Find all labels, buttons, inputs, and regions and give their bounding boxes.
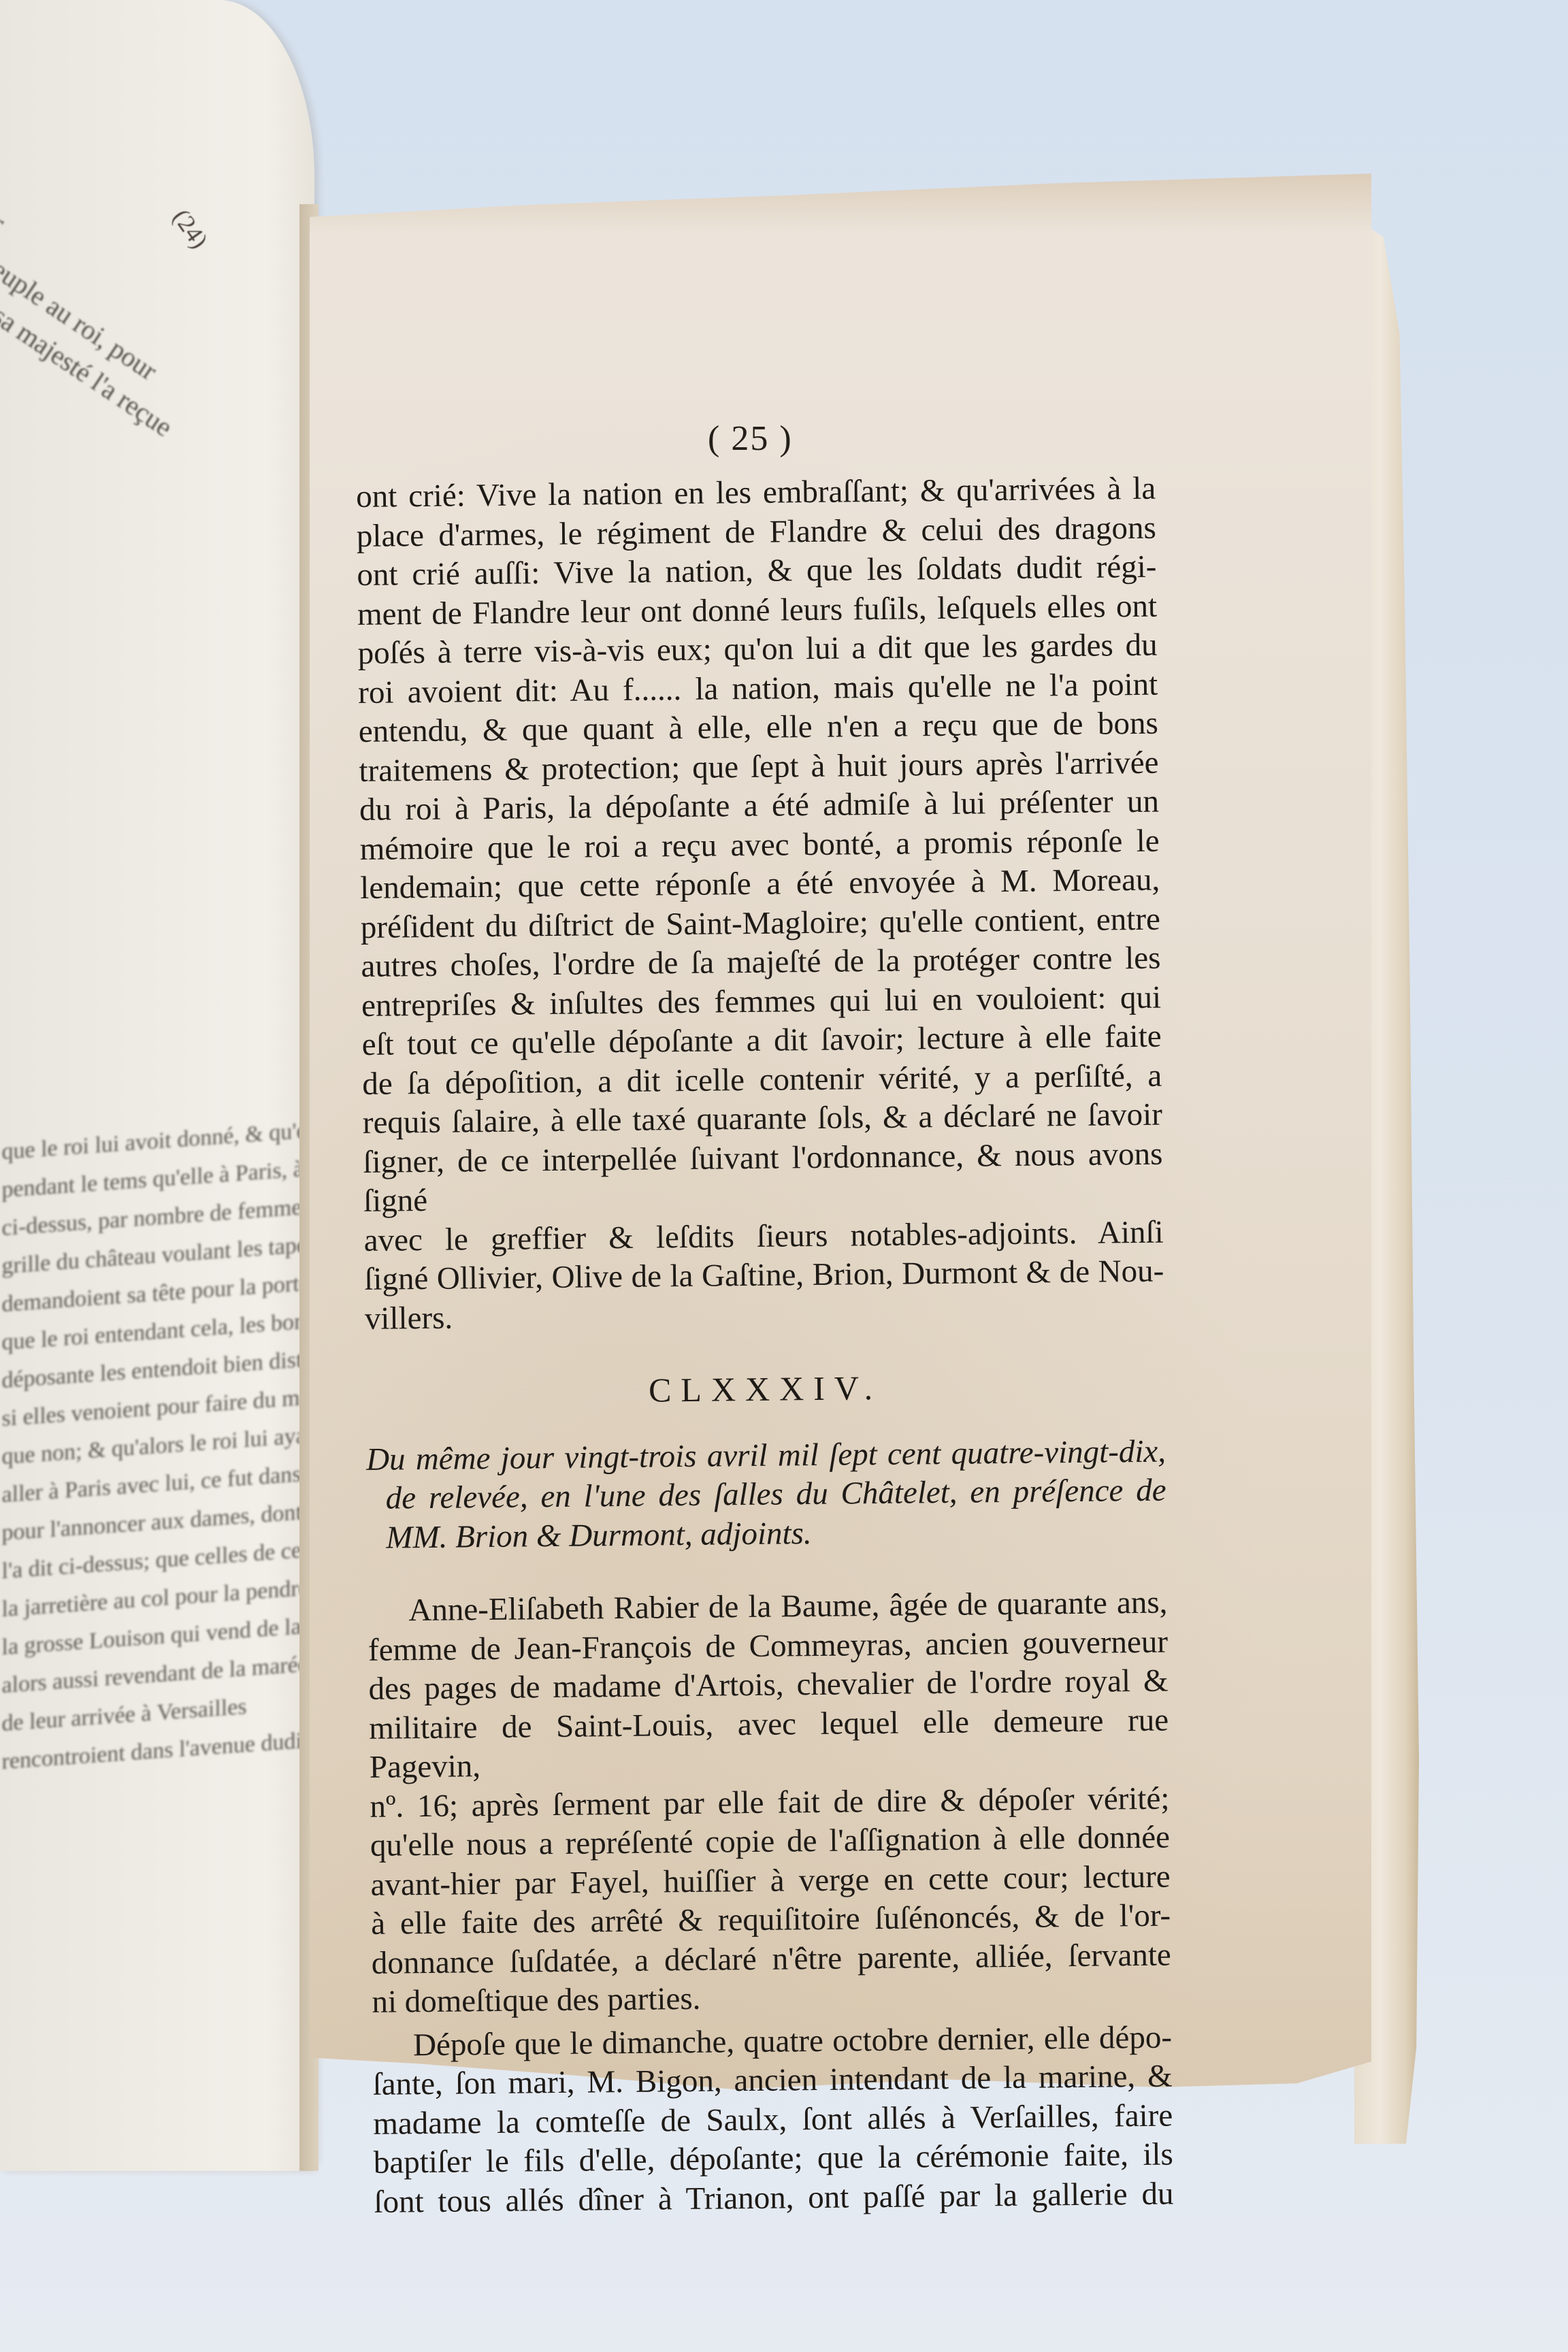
text-line: militaire de Saint-Louis, avec lequel el…: [369, 1701, 1169, 1787]
text-line: donnance ſuſdatée, a déclaré n'être pare…: [372, 1935, 1172, 1983]
text-line: MM. Brion & Durmont, adjoints.: [367, 1510, 1167, 1558]
text-line: ni domeſtique des parties.: [372, 1975, 1172, 2023]
witness-identification-paragraph: Anne-Eliſabeth Rabier de la Baume, âgée …: [367, 1584, 1172, 2023]
left-page-text-lower: … que le roi lui avoit donné, & qu'elle …: [0, 1111, 314, 1783]
left-page-folio: (24): [167, 203, 214, 253]
text-line: villers.: [365, 1291, 1165, 1339]
testimony-continuation-paragraph: ont crié: Vive la nation en les embraſſa…: [356, 470, 1164, 1339]
text-line: ſigner, de ce interpellée ſuivant l'ordo…: [363, 1134, 1163, 1221]
text-line: ſont tous allés dîner à Trianon, ont paſ…: [374, 2174, 1174, 2222]
section-heading: CLXXXIV.: [365, 1366, 1166, 1414]
left-page-text-upper: … qui a eu l'honneur … des femmes & du p…: [0, 82, 314, 1120]
deposition-paragraph: Dépoſe que le dimanche, quatre octobre d…: [372, 2018, 1174, 2222]
text-line: de relevée, en l'une des ſalles du Châte…: [366, 1471, 1166, 1519]
left-facing-page: (24) … qui a eu l'honneur … des femmes &…: [0, 0, 314, 2171]
session-date-block: Du même jour vingt-trois avril mil ſept …: [366, 1432, 1167, 1558]
right-page-text: ont crié: Vive la nation en les embraſſa…: [355, 407, 1174, 2222]
text-line: ſigné Ollivier, Olive de la Gaſtine, Bri…: [364, 1252, 1164, 1300]
foxed-top-edge: [310, 174, 1371, 235]
